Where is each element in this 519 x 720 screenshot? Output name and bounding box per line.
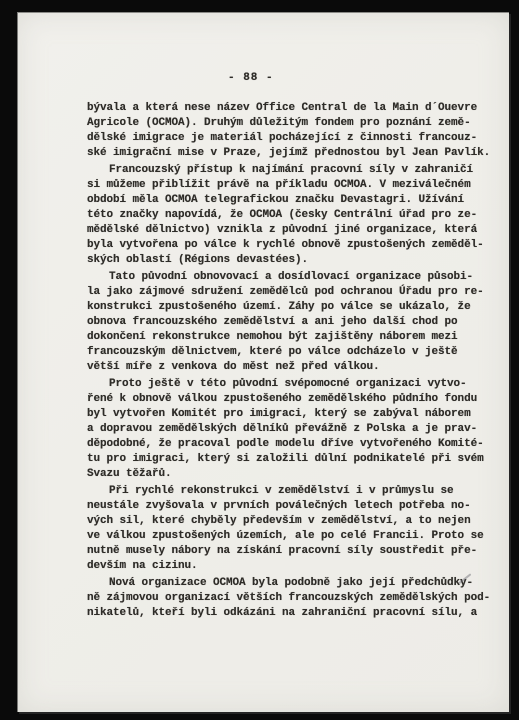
text-line: devším na cizinu. [87, 559, 487, 574]
paragraph: Francouzský přístup k najímání pracovní … [87, 163, 487, 268]
text-line: dokončení rekonstrukce nemohou být zajiš… [87, 330, 487, 345]
text-line: dělské imigrace je materiál pocházející … [87, 131, 487, 146]
text-line: nutně musely nábory na získání pracovní … [87, 544, 487, 559]
text-line: této značky napovídá, že OCMOA (česky Ce… [87, 208, 487, 223]
paragraph: Tato původní obnovovací a dosídlovací or… [87, 270, 487, 375]
text-line: tu pro imigraci, který si založili důlní… [87, 452, 487, 467]
text-line: řené k obnově válkou zpustošeného zemědě… [87, 392, 487, 407]
text-line: ně zájmovou organizací větších francouzs… [87, 591, 487, 606]
text-block: bývala a která nese název Office Central… [87, 101, 487, 621]
paragraph: Nová organizace OCMOA byla podobně jako … [87, 576, 487, 621]
paragraph: Při rychlé rekonstrukci v zemědělství i … [87, 484, 487, 574]
text-line: bývala a která nese název Office Central… [87, 101, 487, 116]
text-line: ských oblastí (Régions devastées). [87, 253, 487, 268]
scan-background: - 88 - bývala a která nese název Office … [0, 0, 519, 720]
text-line: konstrukci zpustošeného území. Záhy po v… [87, 300, 487, 315]
document-page: - 88 - bývala a která nese název Office … [17, 12, 509, 712]
paragraph: Proto ještě v této původní svépomocné or… [87, 377, 487, 482]
text-line: nikatelů, kteří byli odkázáni na zahrani… [87, 606, 487, 621]
text-line: obnova francouzského zemědělství a ani j… [87, 315, 487, 330]
text-line: si můžeme přiblížit právě na příkladu OC… [87, 178, 487, 193]
text-line: Agricole (OCMOA). Druhým důležitým fonde… [87, 116, 487, 131]
text-line: Nová organizace OCMOA byla podobně jako … [87, 576, 487, 591]
text-line: větší míře z venkova do měst než před vá… [87, 360, 487, 375]
paragraph: bývala a která nese název Office Central… [87, 101, 487, 161]
text-line: ské imigrační mise v Praze, jejímž předn… [87, 146, 487, 161]
text-line: a dopravou zemědělských dělníků převážně… [87, 422, 487, 437]
text-line: la jako zájmové sdružení zemědělců pod o… [87, 285, 487, 300]
text-line: neustále zvyšovala v prvních poválečných… [87, 499, 487, 514]
text-line: Svazu těžařů. [87, 467, 487, 482]
text-line: Při rychlé rekonstrukci v zemědělství i … [87, 484, 487, 499]
text-line: Tato původní obnovovací a dosídlovací or… [87, 270, 487, 285]
text-line: francouzským dělnictvem, které po válce … [87, 345, 487, 360]
text-line: byl vytvořen Komitét pro imigraci, který… [87, 407, 487, 422]
text-line: mědělské dělnictvo) vznikla z původní ji… [87, 223, 487, 238]
text-line: období měla OCMOA telegrafickou značku D… [87, 193, 487, 208]
text-line: ve válkou zpustošených územích, ale po c… [87, 529, 487, 544]
text-line: Francouzský přístup k najímání pracovní … [87, 163, 487, 178]
text-line: byla vytvořena po válce k rychlé obnově … [87, 238, 487, 253]
text-line: Proto ještě v této původní svépomocné or… [87, 377, 487, 392]
text-line: vých sil, které chyběly především v země… [87, 514, 487, 529]
text-line: děpodobné, že pracoval podle modelu dřív… [87, 437, 487, 452]
page-number: - 88 - [228, 72, 274, 84]
